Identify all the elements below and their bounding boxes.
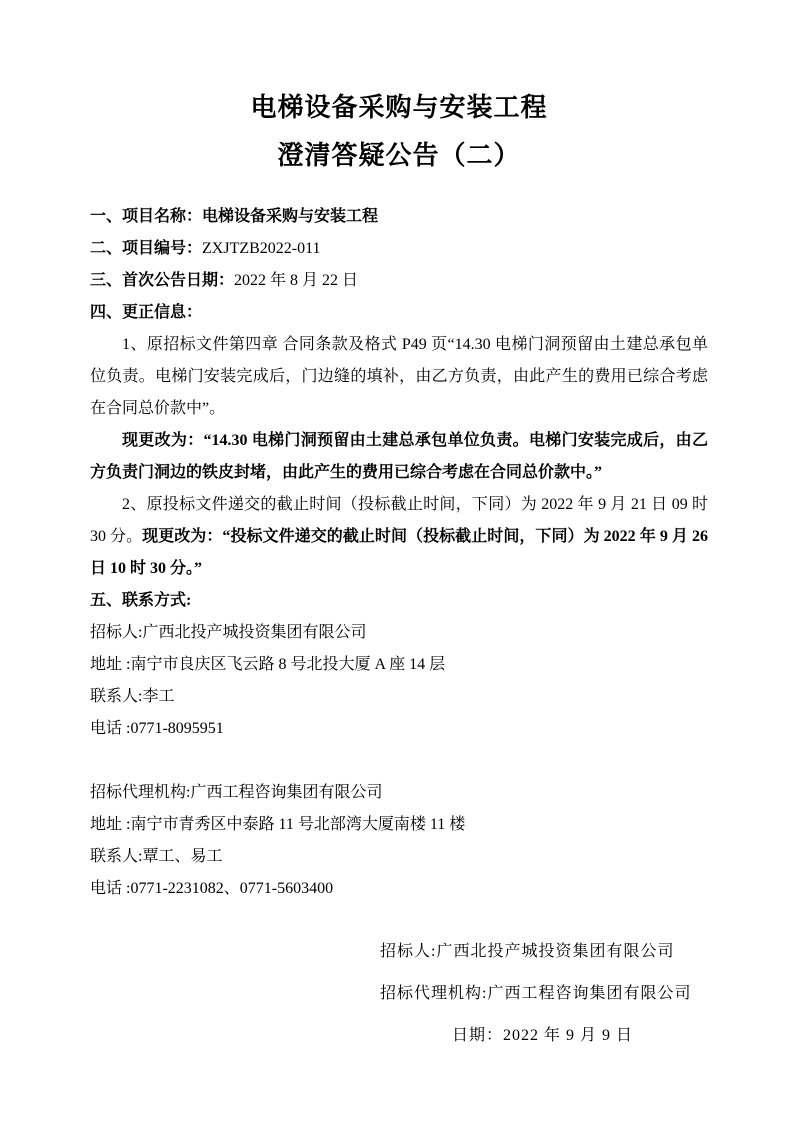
first-notice-label: 三、首次公告日期： [90, 272, 234, 289]
document-title: 电梯设备采购与安装工程 澄清答疑公告（二） [90, 84, 708, 180]
agency-address: 地址 :南宁市青秀区中泰路 11 号北部湾大厦南楼 11 楼 [90, 809, 708, 841]
item-project-name: 一、项目名称：电梯设备采购与安装工程 [90, 201, 708, 233]
item-project-number: 二、项目编号：ZXJTZB2022-011 [90, 233, 708, 265]
tenderer-contact-block: 招标人:广西北投产城投资集团有限公司 地址 :南宁市良庆区飞云路 8 号北投大厦… [90, 617, 708, 745]
project-number-label: 二、项目编号： [90, 240, 202, 257]
signature-agency: 招标代理机构:广西工程咨询集团有限公司 [380, 973, 708, 1015]
signature-date: 日期：2022 年 9 月 9 日 [452, 1015, 708, 1057]
agency-name: 招标代理机构:广西工程咨询集团有限公司 [90, 777, 708, 809]
title-line-2: 澄清答疑公告（二） [90, 132, 708, 180]
tenderer-address: 地址 :南宁市良庆区飞云路 8 号北投大厦 A 座 14 层 [90, 649, 708, 681]
correction-2-changed: 现更改为：“投标文件递交的截止时间（投标截止时间，下同）为 2022 年 9 月… [90, 528, 708, 577]
project-number-value: ZXJTZB2022-011 [202, 240, 321, 257]
correction-1-changed: 现更改为：“14.30 电梯门洞预留由土建总承包单位负责。电梯门安装完成后，由乙… [90, 425, 708, 489]
item-correction-heading: 四、更正信息： [90, 297, 708, 329]
correction-2: 2、原投标文件递交的截止时间（投标截止时间，下同）为 2022 年 9 月 21… [90, 489, 708, 585]
tenderer-phone: 电话 :0771-8095951 [90, 713, 708, 745]
signature-tenderer: 招标人:广西北投产城投资集团有限公司 [380, 931, 708, 973]
item-first-notice-date: 三、首次公告日期：2022 年 8 月 22 日 [90, 265, 708, 297]
document-page: 电梯设备采购与安装工程 澄清答疑公告（二） 一、项目名称：电梯设备采购与安装工程… [0, 0, 800, 1131]
title-line-1: 电梯设备采购与安装工程 [90, 84, 708, 132]
signature-block: 招标人:广西北投产城投资集团有限公司 招标代理机构:广西工程咨询集团有限公司 日… [380, 931, 708, 1057]
document-body: 一、项目名称：电梯设备采购与安装工程 二、项目编号：ZXJTZB2022-011… [90, 201, 708, 1057]
agency-phone: 电话 :0771-2231082、0771-5603400 [90, 873, 708, 905]
agency-contact-block: 招标代理机构:广西工程咨询集团有限公司 地址 :南宁市青秀区中泰路 11 号北部… [90, 777, 708, 905]
agency-contact-person: 联系人:覃工、易工 [90, 841, 708, 873]
first-notice-value: 2022 年 8 月 22 日 [234, 272, 358, 289]
correction-1-original: 1、原招标文件第四章 合同条款及格式 P49 页“14.30 电梯门洞预留由土建… [90, 329, 708, 425]
tenderer-contact-person: 联系人:李工 [90, 681, 708, 713]
tenderer-name: 招标人:广西北投产城投资集团有限公司 [90, 617, 708, 649]
item-contact-heading: 五、联系方式: [90, 585, 708, 617]
